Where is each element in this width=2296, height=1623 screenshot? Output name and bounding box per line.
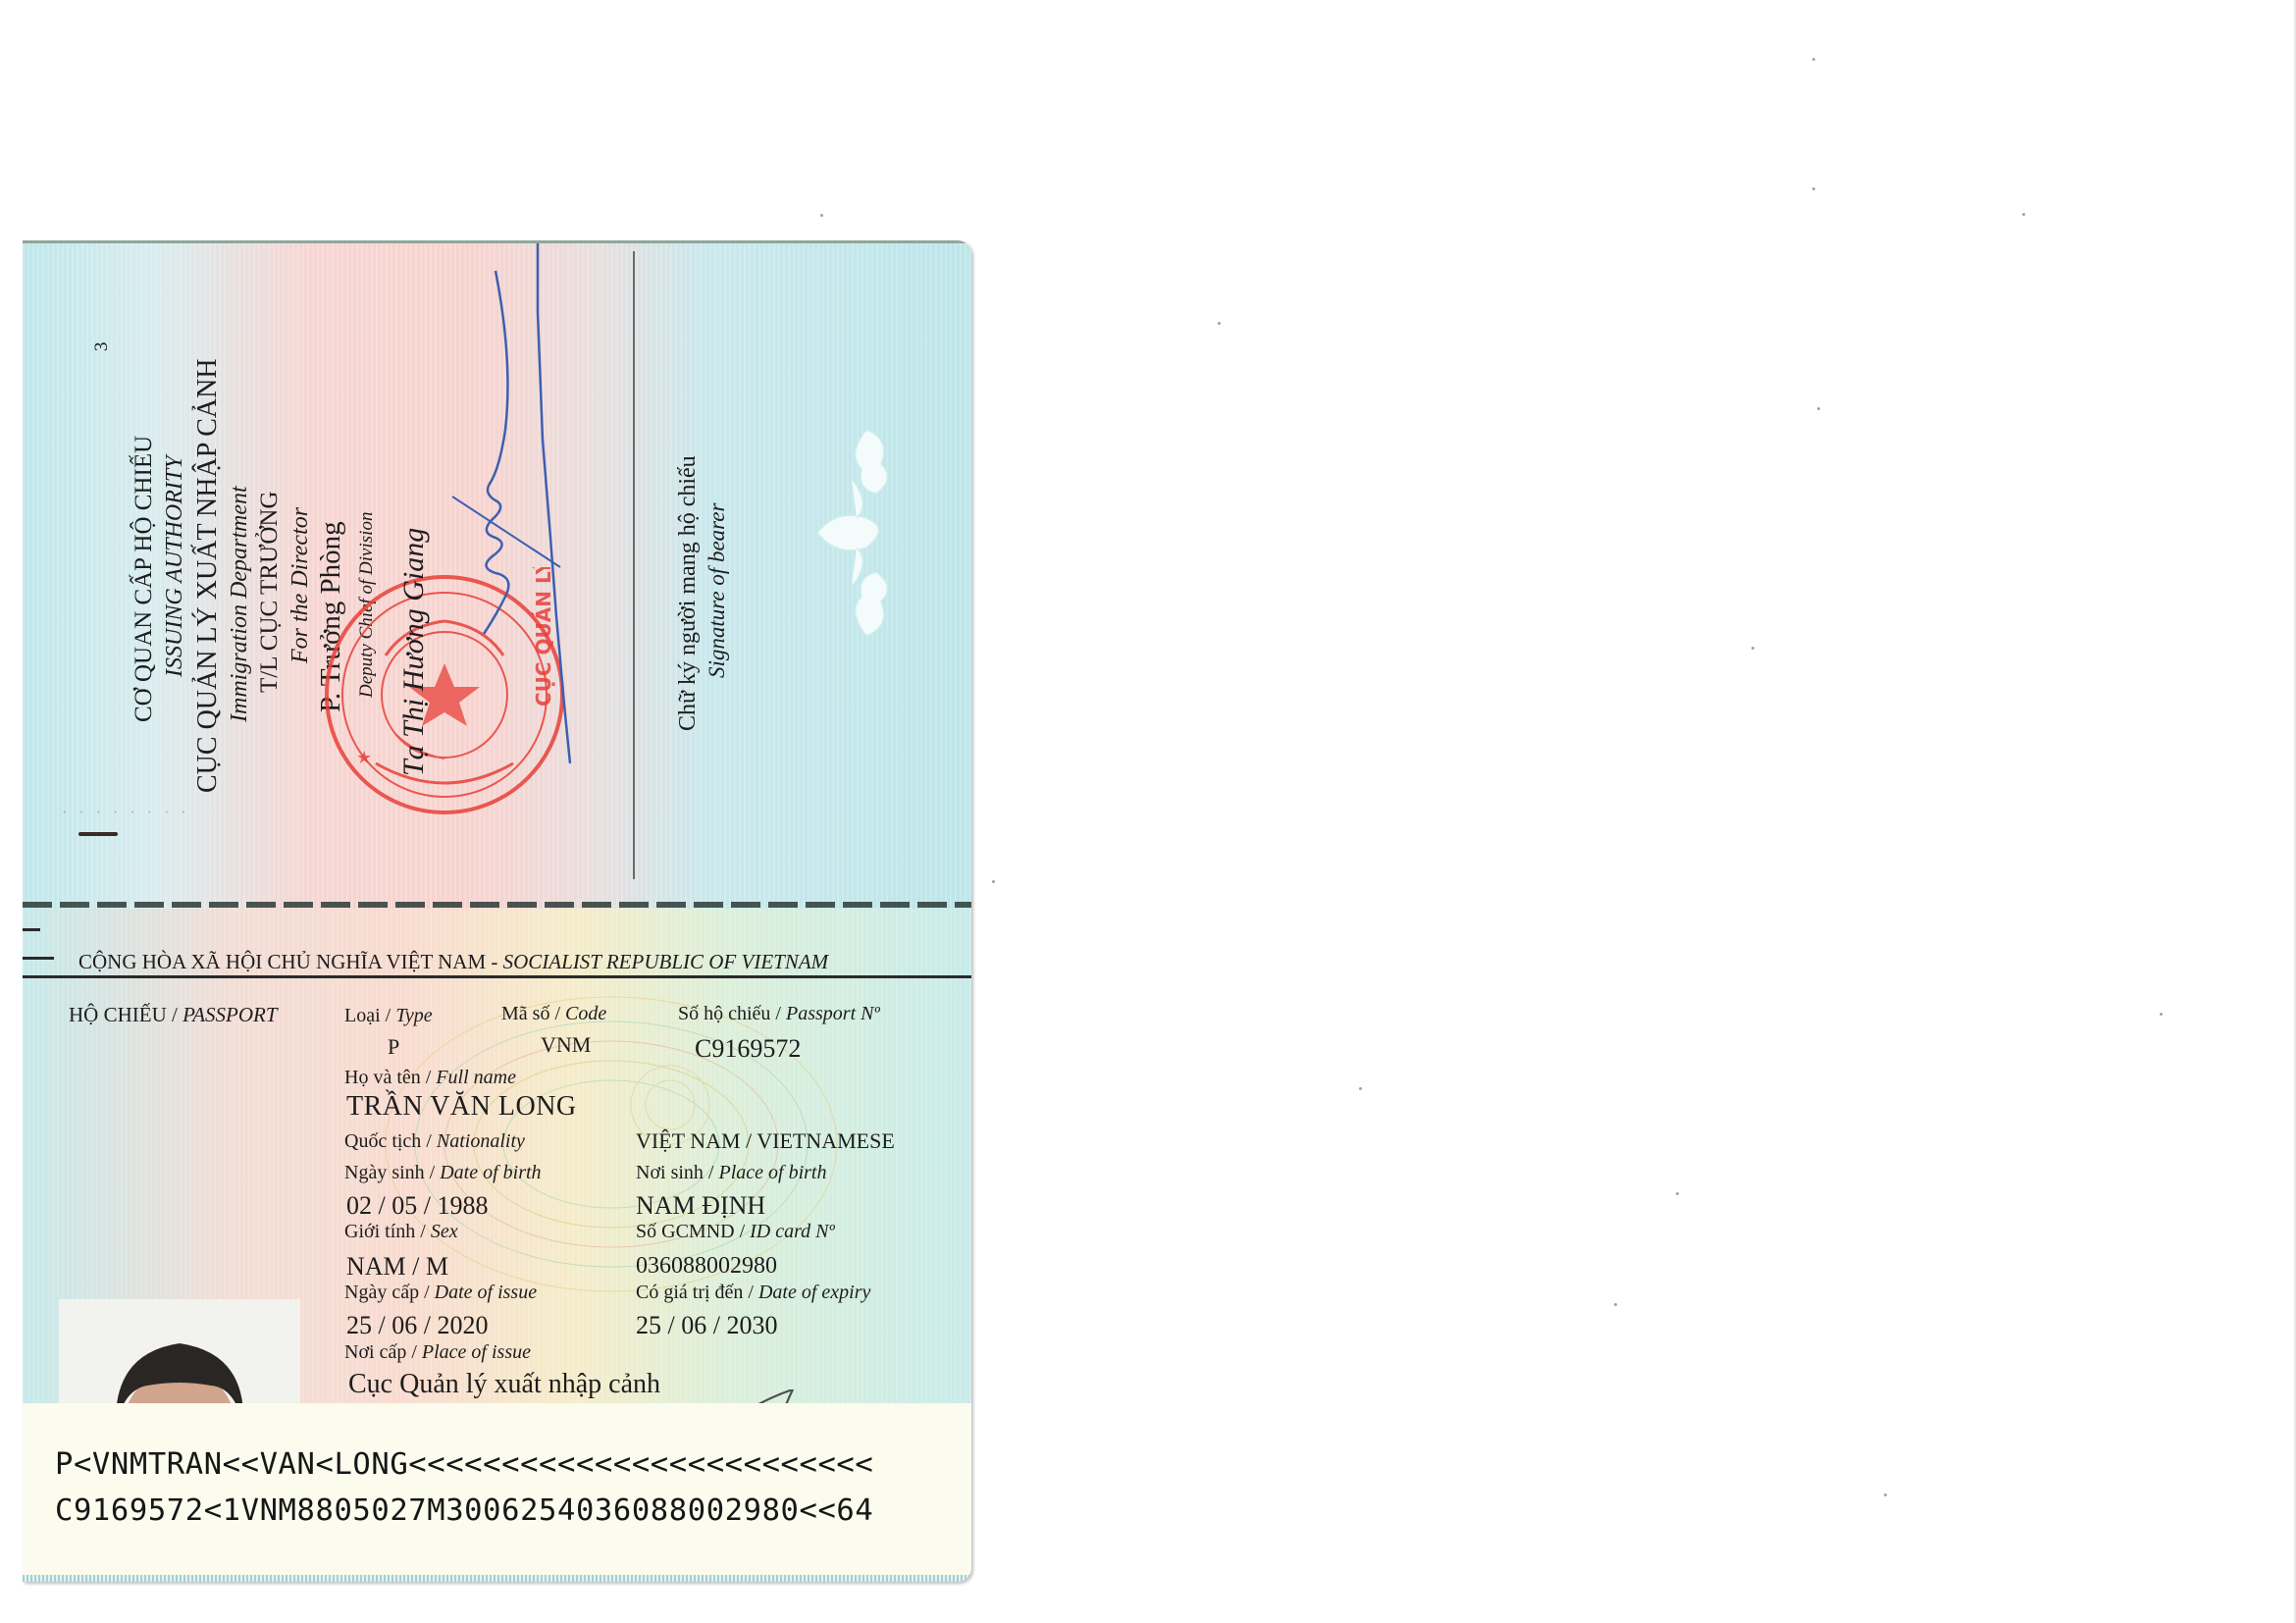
sex-label: Giới tính / Sex: [344, 1221, 458, 1243]
nationality-label: Quốc tịch / Nationality: [344, 1130, 525, 1153]
id-card-value: 036088002980: [636, 1253, 777, 1280]
full-name-label-vi: Họ và tên /: [344, 1067, 436, 1088]
issue-date-value: 25 / 06 / 2020: [346, 1311, 488, 1340]
doc-title: HỘ CHIẾU / PASSPORT: [69, 1003, 278, 1027]
passport-no-label-vi: Số hộ chiếu /: [678, 1003, 786, 1024]
sex-label-vi: Giới tính /: [344, 1221, 431, 1242]
country-header-en: SOCIALIST REPUBLIC OF VIETNAM: [503, 950, 829, 973]
issue-date-label-vi: Ngày cấp /: [344, 1282, 435, 1303]
scan-speck: [1359, 1087, 1362, 1090]
issue-place-label-vi: Nơi cấp /: [344, 1341, 422, 1363]
code-label-en: Code: [565, 1003, 606, 1024]
pob-value: NAM ĐỊNH: [636, 1191, 765, 1221]
department-en: Immigration Department: [227, 486, 253, 722]
passport-no-value: C9169572: [695, 1034, 801, 1064]
dob-label: Ngày sinh / Date of birth: [344, 1162, 542, 1184]
scan-speck: [992, 880, 995, 883]
issuing-authority-vi: CƠ QUAN CẤP HỘ CHIẾU: [130, 436, 158, 722]
sex-label-en: Sex: [431, 1221, 458, 1242]
official-signature: [444, 243, 641, 793]
dob-value: 02 / 05 / 1988: [346, 1191, 488, 1221]
issue-place-label-en: Place of issue: [422, 1341, 531, 1363]
microprint-strip: [23, 1575, 971, 1582]
expiry-date-label-en: Date of expiry: [758, 1282, 870, 1303]
expiry-date-value: 25 / 06 / 2030: [636, 1311, 777, 1340]
id-card-label: Số GCMND / ID card Nº: [636, 1221, 835, 1243]
issue-place-value: Cục Quản lý xuất nhập cảnh: [348, 1369, 660, 1400]
scan-speck: [2022, 213, 2025, 216]
passport-no-label-en: Passport Nº: [786, 1003, 880, 1024]
sex-value: NAM / M: [346, 1252, 448, 1282]
scan-speck: [1812, 58, 1815, 61]
svg-text:★: ★: [356, 748, 372, 767]
type-label-en: Type: [395, 1005, 432, 1026]
scan-speck: [1812, 187, 1815, 190]
scan-speck: [1676, 1192, 1679, 1195]
nationality-label-en: Nationality: [437, 1130, 525, 1152]
full-name-label-en: Full name: [436, 1067, 516, 1088]
scan-speck: [2160, 1013, 2163, 1016]
bearer-signature-label-vi: Chữ ký người mang hộ chiếu: [675, 455, 702, 731]
country-header-vi: CỘNG HÒA XÃ HỘI CHỦ NGHĨA VIỆT NAM -: [78, 950, 503, 973]
scan-speck: [1817, 407, 1820, 410]
nationality-label-vi: Quốc tịch /: [344, 1130, 437, 1152]
code-label: Mã số / Code: [501, 1003, 606, 1025]
pob-label: Nơi sinh / Place of birth: [636, 1162, 826, 1184]
machine-readable-zone: P<VNMTRAN<<VAN<LONG<<<<<<<<<<<<<<<<<<<<<…: [23, 1403, 971, 1575]
observations-page: 3 CƠ QUAN CẤP HỘ CHIẾU ISSUING AUTHORITY…: [23, 240, 971, 912]
scan-speck: [1218, 322, 1221, 325]
bearer-signature-label-en: Signature of bearer: [704, 503, 730, 678]
issue-place-label: Nơi cấp / Place of issue: [344, 1341, 531, 1364]
id-card-label-vi: Số GCMND /: [636, 1221, 750, 1242]
code-value: VNM: [541, 1032, 591, 1058]
pob-label-vi: Nơi sinh /: [636, 1162, 718, 1183]
scan-speck: [820, 214, 823, 217]
full-name-value: TRẦN VĂN LONG: [346, 1091, 577, 1123]
code-label-vi: Mã số /: [501, 1003, 565, 1024]
signer-name: Tạ Thị Hương Giang: [397, 528, 431, 776]
mrz-line-1: P<VNMTRAN<<VAN<LONG<<<<<<<<<<<<<<<<<<<<<…: [55, 1447, 873, 1482]
issue-date-label-en: Date of issue: [435, 1282, 537, 1303]
passport-scan: 3 CƠ QUAN CẤP HỘ CHIẾU ISSUING AUTHORITY…: [23, 240, 971, 1582]
scan-speck: [1884, 1493, 1887, 1496]
expiry-date-label: Có giá trị đến / Date of expiry: [636, 1282, 870, 1304]
side-mark: [23, 928, 40, 931]
expiry-date-label-vi: Có giá trị đến /: [636, 1282, 758, 1303]
pob-label-en: Place of birth: [718, 1162, 826, 1183]
doc-title-en: PASSPORT: [183, 1003, 277, 1026]
type-label-vi: Loại /: [344, 1005, 395, 1026]
passport-no-label: Số hộ chiếu / Passport Nº: [678, 1003, 880, 1025]
issuing-authority-en: ISSUING AUTHORITY: [162, 455, 188, 677]
dob-label-en: Date of birth: [440, 1162, 541, 1183]
for-director-en: For the Director: [287, 507, 314, 663]
id-card-label-en: ID card Nº: [750, 1221, 835, 1242]
full-name-label: Họ và tên / Full name: [344, 1067, 516, 1089]
page-fold: [23, 902, 971, 908]
type-label: Loại / Type: [344, 1005, 433, 1027]
page-number: 3: [91, 342, 113, 352]
for-director-vi: T/L CỤC TRƯỞNG: [256, 491, 284, 693]
scan-speck: [1751, 647, 1754, 650]
cloud-emblem-icon: [798, 420, 925, 646]
nationality-value: VIỆT NAM / VIETNAMESE: [636, 1128, 895, 1154]
ink-mark: [78, 832, 118, 836]
type-value: P: [388, 1034, 399, 1060]
country-header: CỘNG HÒA XÃ HỘI CHỦ NGHĨA VIỆT NAM - SOC…: [78, 950, 828, 974]
ink-dots: · · · · · · · ·: [62, 805, 190, 822]
page-divider: [633, 251, 635, 879]
department-vi: CỤC QUẢN LÝ XUẤT NHẬP CẢNH: [192, 358, 224, 793]
scan-speck: [1614, 1303, 1617, 1306]
issue-date-label: Ngày cấp / Date of issue: [344, 1282, 537, 1304]
side-mark: [23, 957, 54, 960]
header-rule: [23, 975, 971, 978]
mrz-line-2: C9169572<1VNM8805027M3006254036088002980…: [55, 1493, 873, 1528]
doc-title-vi: HỘ CHIẾU /: [69, 1003, 183, 1026]
dob-label-vi: Ngày sinh /: [344, 1162, 440, 1183]
